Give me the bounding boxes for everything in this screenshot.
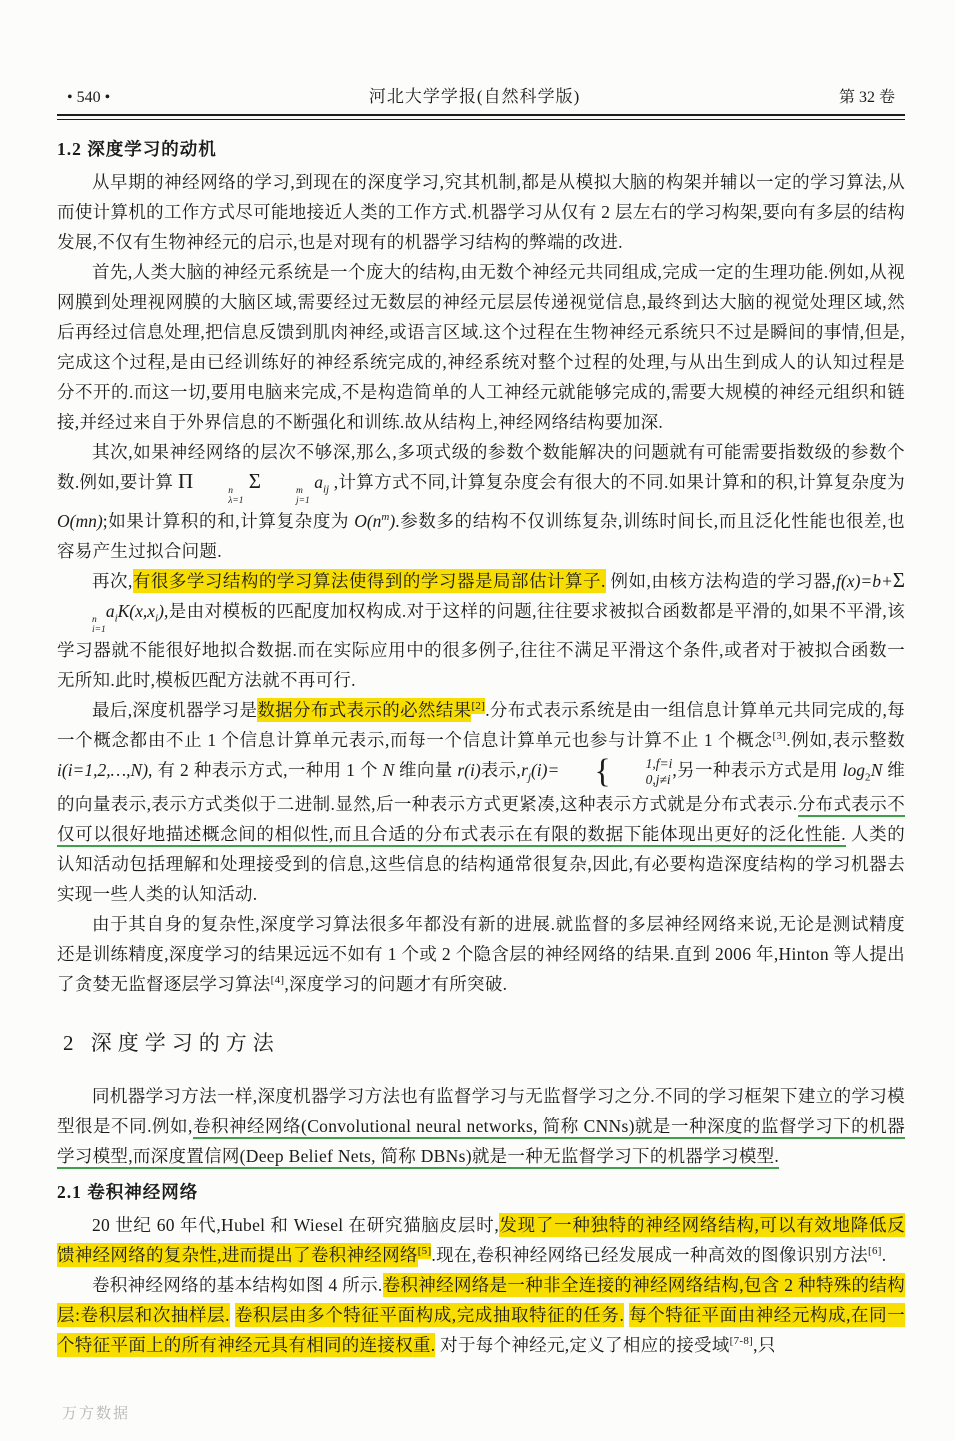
paragraph: 其次,如果神经网络的层次不够深,那么,多项式级的参数个数能解决的问题就有可能需要… [57,437,905,566]
section-heading: 2 深度学习的方法 [63,1027,905,1057]
text-segment: 维向量 [394,760,457,780]
math-formula: i(i=1,2,…,N) [57,760,148,780]
journal-title: 河北大学学报(自然科学版) [369,82,580,107]
paragraph: 20 世纪 60 年代,Hubel 和 Wiesel 在研究猫脑皮层时,发现了一… [57,1210,905,1270]
highlighted-text: 卷积层由多个特征平面构成,完成抽取特征的任务. [235,1303,624,1327]
text-segment: .现在,卷积神经网络已经发展成一种高效的图像识别方法 [431,1245,868,1265]
citation-ref: [3] [773,730,787,742]
math-formula: Π [178,469,193,493]
citation-ref: [4] [271,974,285,986]
cases-rows: 1,f=i0,j≠i [611,756,673,788]
cases-formula: {1,f=i0,j≠i [559,755,672,789]
volume-label: 第 32 卷 [839,84,895,107]
section-heading: 2.1 卷积神经网络 [57,1179,905,1204]
math-formula: O(n [354,511,381,531]
text-segment: . [882,1245,887,1265]
text-segment: ;如果计算积的和,计算复杂度为 [103,511,355,531]
math-formula: r(i) [457,760,480,780]
math-formula: O(mn) [57,511,103,531]
text-segment: 首先,人类大脑的神经元系统是一个庞大的结构,由无数个神经元共同组成,完成一定的生… [57,262,905,432]
text-segment: 从早期的神经网络的学习,到现在的深度学习,究其机制,都是从模拟大脑的构架并辅以一… [57,172,905,252]
paragraph: 由于其自身的复杂性,深度学习算法很多年都没有新的进展.就监督的多层神经网络来说,… [57,909,905,999]
math-formula: (i)= [531,760,559,780]
header-rule [57,114,905,120]
section-heading: 1.2 深度学习的动机 [57,136,905,161]
paragraph: 从早期的神经网络的学习,到现在的深度学习,究其机制,都是从模拟大脑的构架并辅以一… [57,167,905,257]
document-body: 1.2 深度学习的动机从早期的神经网络的学习,到现在的深度学习,究其机制,都是从… [57,136,905,1360]
paragraph: 再次,有很多学习结构的学习算法使得到的学习器是局部估计算子. 例如,由核方法构造… [57,566,905,695]
text-segment: ,是由对模板的匹配度加权构成.对于这样的问题,往往要求被拟合函数都是平滑的,如果… [57,601,905,690]
text-segment: 表示, [481,760,521,780]
math-formula: log [843,760,865,780]
citation-ref: [7-8] [730,1335,754,1347]
text-segment: 例如,由核方法构造的学习器, [606,571,836,591]
text-segment: .例如,表示整数 [786,730,905,750]
math-formula: N [871,760,883,780]
math-formula: Σ [243,469,261,493]
text-segment: 对于每个神经元,定义了相应的接受域 [435,1335,729,1355]
text-segment: ,计算方式不同,计算复杂度会有很大的不同.如果计算和的积,计算复杂度为 [329,472,905,492]
math-limits: mj=1 [261,487,310,506]
text-segment: ,另一种表示方式是用 [672,760,842,780]
paragraph: 最后,深度机器学习是数据分布式表示的必然结果[2].分布式表示系统是由一组信息计… [57,695,905,909]
paragraph: 首先,人类大脑的神经元系统是一个庞大的结构,由无数个神经元共同组成,完成一定的生… [57,257,905,437]
math-formula: K(x,x [118,601,155,621]
watermark: 万方数据 [62,1402,130,1423]
text-segment: 最后,深度机器学习是 [92,700,257,720]
text-segment: ,只 [753,1335,775,1355]
math-formula: f(x)=b+ [836,571,893,591]
text-segment: 再次, [92,571,133,591]
highlighted-text: [5] [418,1243,432,1259]
highlighted-text: 数据分布式表示的必然结果 [257,698,471,722]
math-formula: Σ [893,568,905,592]
citation-ref: [6] [868,1245,882,1257]
highlighted-text: 有很多学习结构的学习算法使得到的学习器是局部估计算子. [133,569,606,593]
page-number: • 540 • [67,89,110,107]
math-formula: a [310,472,323,492]
text-segment: 20 世纪 60 年代,Hubel 和 Wiesel 在研究猫脑皮层时, [92,1215,499,1235]
page: • 540 • 河北大学学报(自然科学版) 第 32 卷 1.2 深度学习的动机… [0,0,955,1360]
text-segment: 卷积神经网络的基本结构如图 4 所示. [92,1275,383,1295]
math-limits: ni=1 [57,616,106,635]
math-formula: a [106,601,115,621]
brace-glyph: { [559,755,610,789]
math-formula: r [521,760,528,780]
math-formula: N [383,760,395,780]
math-limits: nλ=1 [193,487,243,506]
highlighted-text: [2] [471,698,485,714]
paragraph: 卷积神经网络的基本结构如图 4 所示.卷积神经网络是一种非全连接的神经网络结构,… [57,1270,905,1360]
page-header: • 540 • 河北大学学报(自然科学版) 第 32 卷 [57,82,905,114]
text-segment: ,深度学习的问题才有所突破. [284,974,507,994]
paragraph: 同机器学习方法一样,深度机器学习方法也有监督学习与无监督学习之分.不同的学习框架… [57,1081,905,1171]
text-segment: , 有 2 种表示方式,一种用 1 个 [148,760,383,780]
